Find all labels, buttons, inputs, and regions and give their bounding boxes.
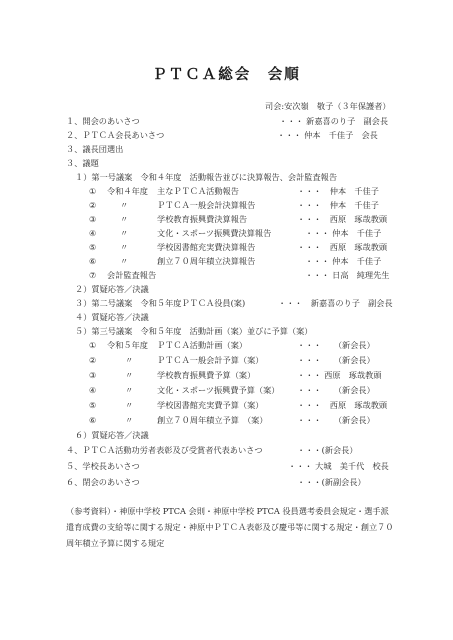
- agenda-1-heading: １）第一号議案 令和４年度 活動報告並びに決算報告、会計監査報告: [75, 172, 337, 182]
- s1-num-5: ⑤: [89, 242, 96, 252]
- s5-who-6: ・・・ （新会長）: [297, 415, 375, 425]
- s5-name-4: 文化・スポーツ振興費予算（案）: [157, 385, 280, 395]
- s1-name-4: 文化・スポーツ振興費決算報告: [157, 228, 271, 238]
- s1-name-3: 学校教育振興費決算報告: [157, 214, 247, 224]
- agenda-2-heading: ２）質疑応答／決議: [75, 284, 149, 294]
- s5-year-2: 〃: [125, 355, 133, 365]
- s5-who-3: ・・・ 西原 琢哉教頭: [297, 370, 381, 380]
- emcee: 司会:安次嶺 敬子（３年保護者）: [265, 101, 391, 111]
- s5-num-6: ⑥: [89, 415, 96, 425]
- item-4-speaker: ・・・(新会長）: [297, 445, 358, 455]
- s1-year-3: 〃: [120, 214, 128, 224]
- s5-num-3: ③: [89, 370, 96, 380]
- item-6-speaker: ・・・(新副会長）: [297, 477, 366, 487]
- s5-name-3: 学校教育振興費予算（案）: [157, 370, 255, 380]
- s1-num-3: ③: [89, 214, 96, 224]
- s5-year-5: 〃: [125, 400, 133, 410]
- s1-year-5: 〃: [120, 242, 128, 252]
- s5-who-4: ・・・ （新会長）: [297, 385, 375, 395]
- s1-num-4: ④: [89, 228, 96, 238]
- agenda-3-heading: ３）第二号議案 令和５年度ＰＴＣＡ役員(案): [75, 298, 245, 308]
- s1-year-7: 会計監査報告: [107, 270, 156, 280]
- s5-who-2: ・・・ （新会長）: [297, 355, 375, 365]
- item-5-label: ５、学校長あいさつ: [66, 461, 140, 471]
- item-2-speaker: ・・・ 仲本 千佳子 会長: [277, 130, 378, 140]
- item-2-label: ２、ＰＴＣＡ会長あいさつ: [66, 130, 164, 140]
- page-title: ＰＴＣＡ総会 会順: [0, 63, 453, 84]
- s5-name-2: ＰＴＣＡ一般会計予算（案）: [157, 355, 263, 365]
- s1-who-1: ・・・ 仲本 千佳子: [297, 186, 379, 196]
- item-1-label: １、開会のあいさつ: [66, 116, 140, 126]
- s5-year-4: 〃: [125, 385, 133, 395]
- item-agenda-label: ３、議題: [66, 158, 99, 168]
- s5-year-1: 令和５年度: [107, 340, 148, 350]
- s5-year-6: 〃: [125, 415, 133, 425]
- s1-name-6: 創立７０周年積立決算報告: [157, 256, 255, 266]
- s1-name-1: 主なＰＴＣＡ活動報告: [157, 186, 239, 196]
- s1-name-2: ＰＴＣＡ一般会計決算報告: [157, 200, 255, 210]
- s1-who-4: ・・・ 仲本 千佳子: [305, 228, 381, 238]
- s1-who-5: ・・・ 西原 琢哉教頭: [297, 242, 387, 252]
- agenda-5-heading: ５）第三号議案 令和５年度 活動計画（案）並びに予算（案）: [75, 326, 312, 336]
- s5-who-1: ・・・ （新会長）: [297, 340, 375, 350]
- s1-who-7: ・・・ 日高 純理先生: [305, 270, 389, 280]
- s5-who-5: ・・・ 西原 琢哉教頭: [297, 400, 387, 410]
- s1-num-6: ⑥: [89, 256, 96, 266]
- s1-year-2: 〃: [120, 200, 128, 210]
- agenda-6-heading: ６）質疑応答／決議: [75, 430, 149, 440]
- item-1-speaker: ・・・ 新嘉喜のり子 副会長: [279, 116, 388, 126]
- s5-year-3: 〃: [125, 370, 133, 380]
- s5-num-2: ②: [89, 355, 96, 365]
- s5-name-5: 学校図書館充実費予算（案）: [157, 400, 263, 410]
- item-5-speaker: ・・・ 大城 美千代 校長: [288, 461, 389, 471]
- agenda-3-speaker: ・・・ 新嘉喜のり子 副会長: [278, 298, 393, 308]
- s1-year-6: 〃: [120, 256, 128, 266]
- s1-num-1: ①: [89, 186, 96, 196]
- s1-num-2: ②: [89, 200, 96, 210]
- agenda-4-heading: ４）質疑応答／決議: [75, 312, 149, 322]
- item-4-label: ４、ＰＴＣＡ活動功労者表彰及び受賞者代表あいさつ: [66, 445, 263, 455]
- s5-num-1: ①: [89, 340, 96, 350]
- reference-materials: （参考資料）・神原中学校 PTCA 会則・神原中学校 PTCA 役員選考委員会規…: [66, 503, 396, 551]
- s5-num-5: ⑤: [89, 400, 96, 410]
- s1-who-2: ・・・ 仲本 千佳子: [297, 200, 379, 210]
- item-3-label: ３、議長団選出: [66, 144, 123, 154]
- s1-year-4: 〃: [120, 228, 128, 238]
- s1-who-3: ・・・ 西原 琢哉教頭: [297, 214, 387, 224]
- item-6-label: ６、閉会のあいさつ: [66, 477, 140, 487]
- s5-name-1: ＰＴＣＡ活動計画（案）: [157, 340, 247, 350]
- s1-num-7: ⑦: [89, 270, 96, 280]
- s1-who-6: ・・・ 仲本 千佳子: [305, 256, 381, 266]
- s5-name-6: 創立７０周年積立予算 （案）: [157, 415, 268, 425]
- s1-year-1: 令和４年度: [107, 186, 148, 196]
- s1-name-5: 学校図書館充実費決算報告: [157, 242, 255, 252]
- s5-num-4: ④: [89, 385, 96, 395]
